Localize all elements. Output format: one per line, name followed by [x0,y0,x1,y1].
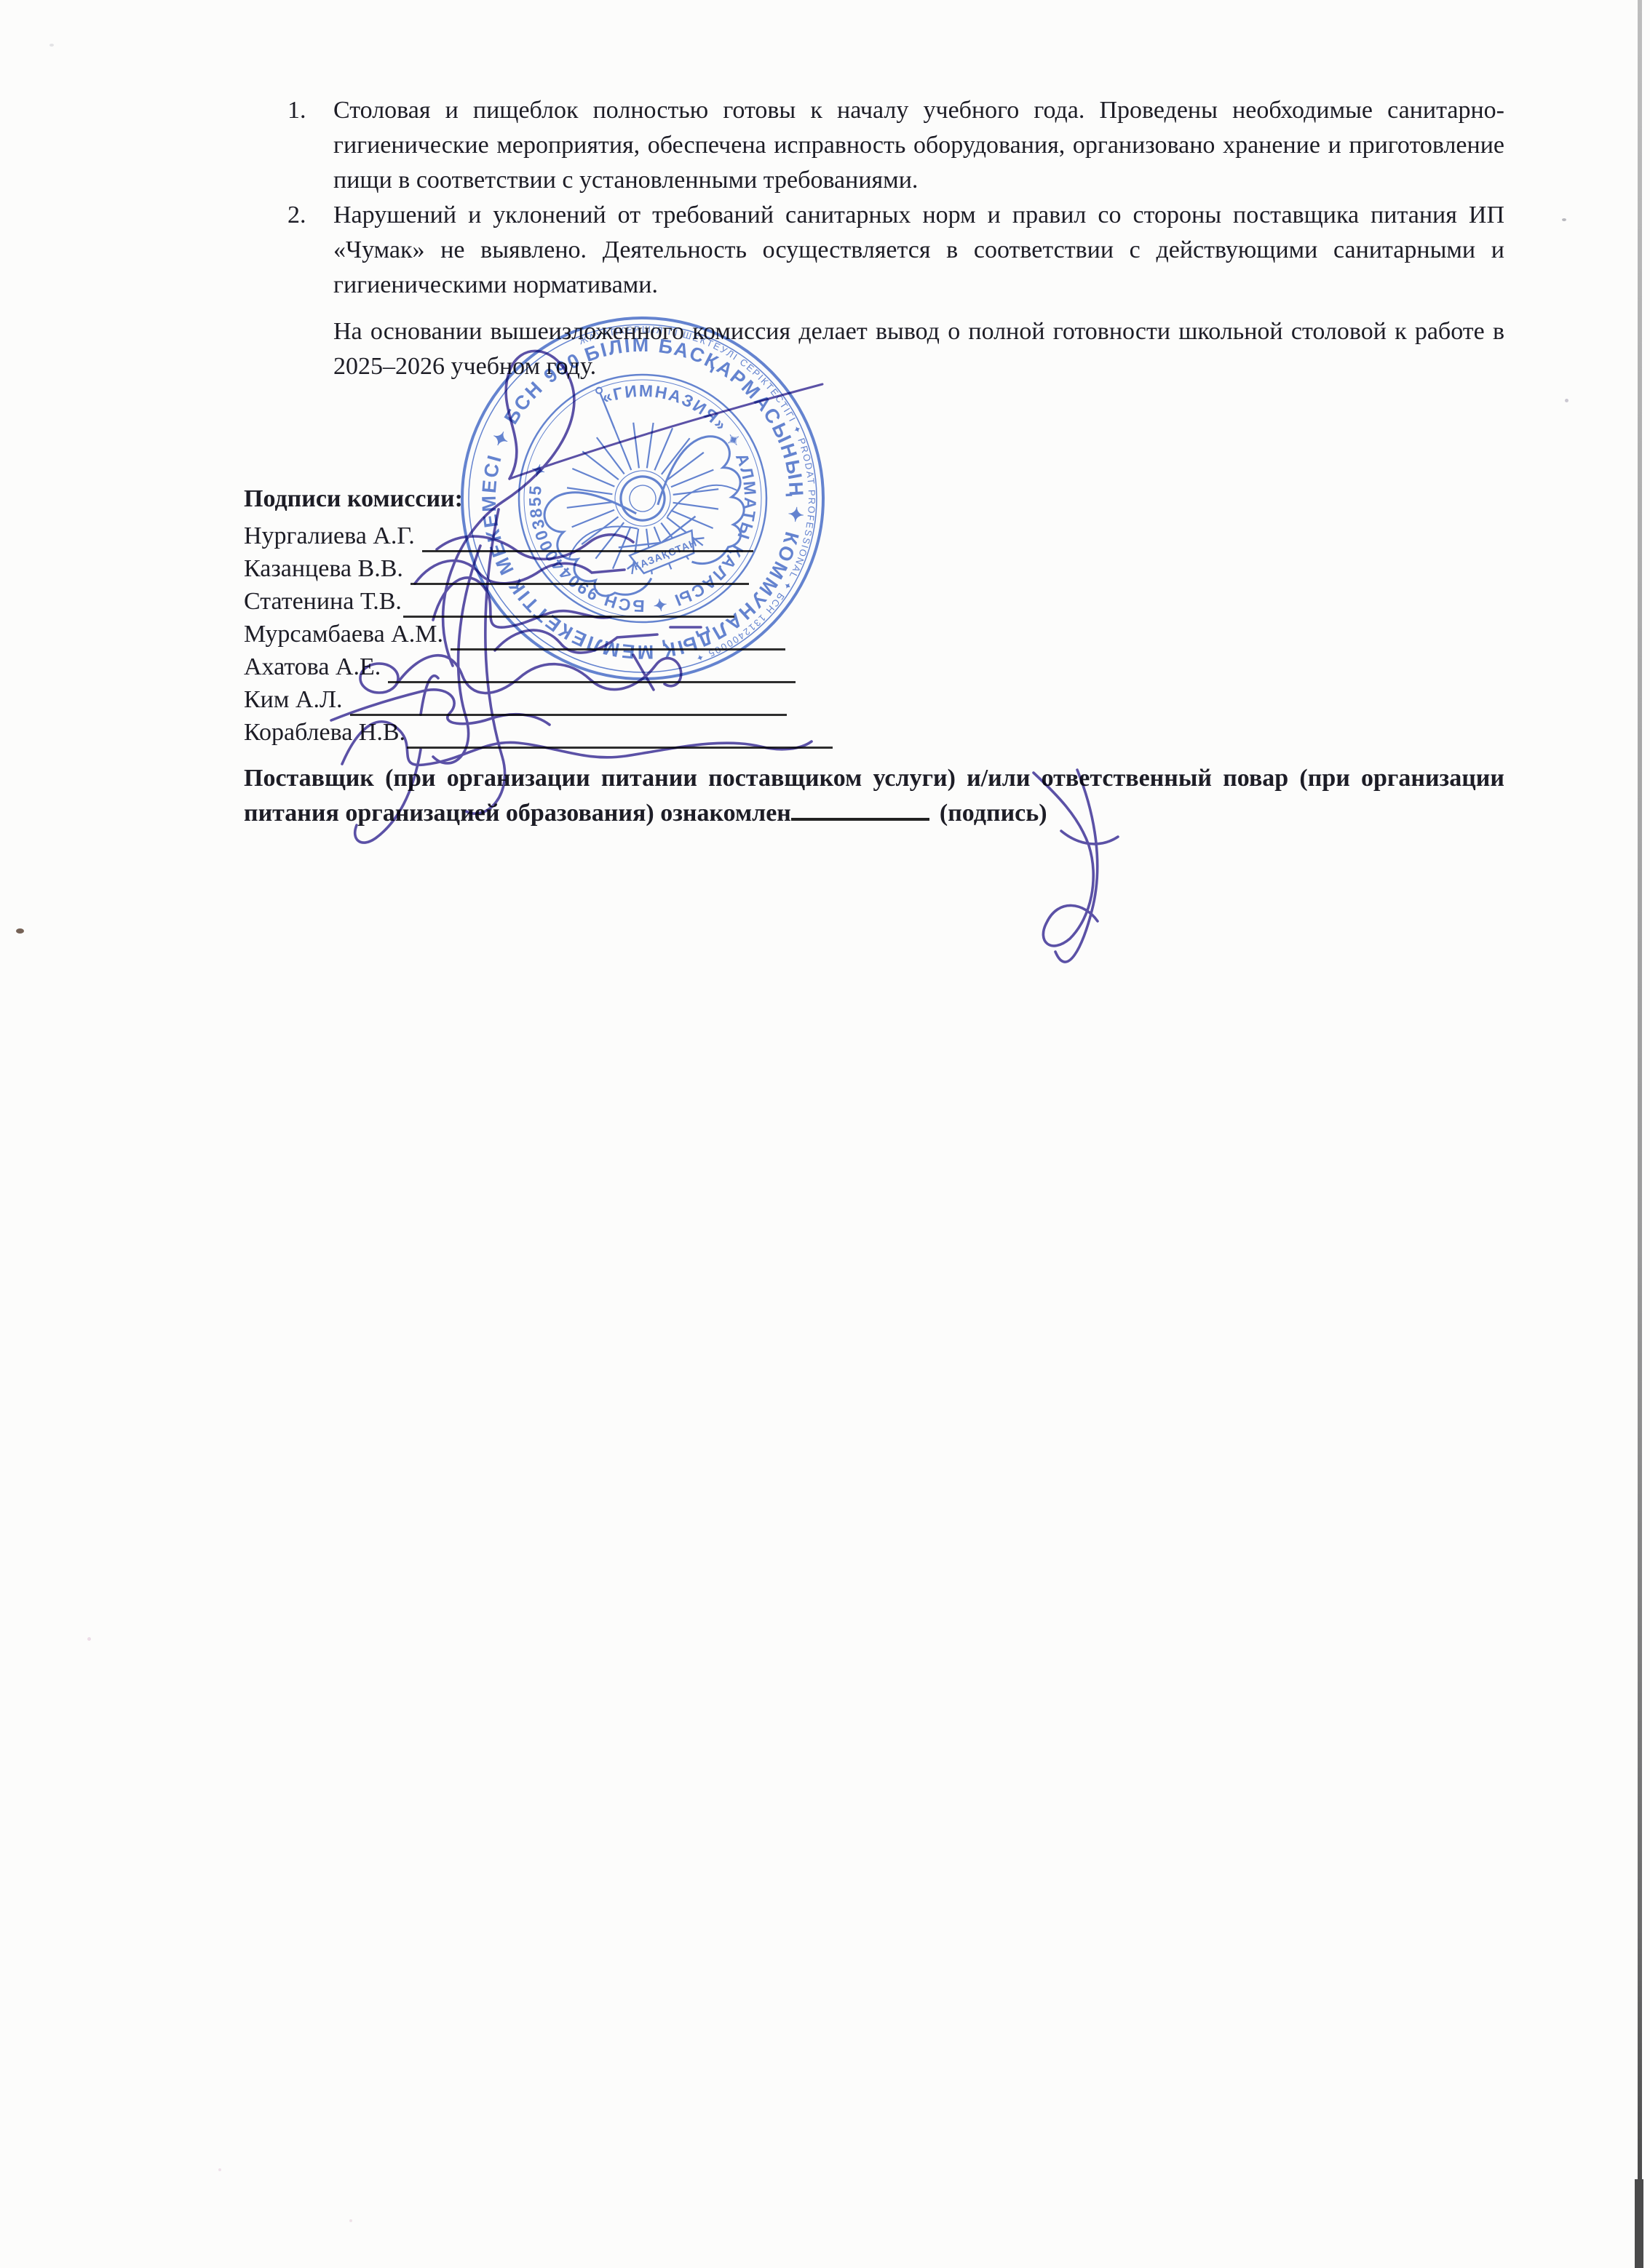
scan-speck [16,928,24,934]
signature-ink-statenina [433,578,611,627]
signature-ink-akhatova [360,655,681,693]
scan-speck [87,1637,91,1641]
scan-edge-shadow [1635,2179,1643,2268]
scan-speck [349,2219,352,2222]
signature-ink-supplier [1034,770,1118,962]
scanned-document-page: 1. Столовая и пищеблок полностью готовы … [0,0,1650,2268]
scan-speck [1565,399,1568,402]
scan-speck [218,2168,221,2171]
signature-ink-mursambaeva [495,627,701,653]
signature-ink-kazantseva [415,561,624,584]
list-marker-2: 2. [287,198,306,233]
scan-edge-line [1638,0,1642,2268]
signature-ink-korableva [342,722,812,843]
list-text-1: Столовая и пищеблок полностью готовы к н… [333,97,1504,194]
list-text-2: Нарушений и уклонений от требований сани… [333,202,1504,298]
scan-speck [1562,218,1566,221]
handwritten-signatures-overlay [240,291,1186,1004]
list-item-1: 1. Столовая и пищеблок полностью готовы … [244,93,1504,198]
signature-ink-kim [331,676,550,725]
list-item-2: 2. Нарушений и уклонений от требований с… [244,198,1504,303]
list-marker-1: 1. [287,93,306,128]
scan-speck [49,44,54,47]
